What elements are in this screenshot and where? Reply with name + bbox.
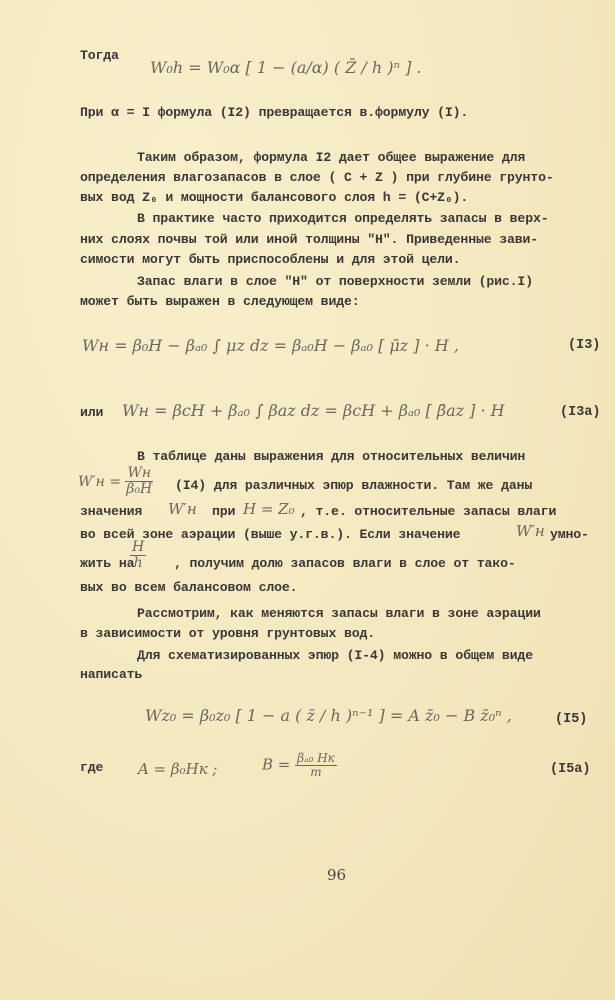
text-line: может быть выражен в следующем виде: xyxy=(80,294,360,309)
equation-number-13: (I3) xyxy=(568,338,600,353)
equation-number-13a: (I3a) xyxy=(560,405,601,420)
text-line: Таким образом, формула I2 дает общее выр… xyxy=(137,150,525,165)
text-line: вых вод Z₀ и мощности балансового слоя h… xyxy=(80,190,468,205)
text-line: в зависимости от уровня грунтовых вод. xyxy=(80,626,375,641)
text-line: или xyxy=(80,405,103,420)
text-line: Тогда xyxy=(80,48,119,63)
text-line: При α = I формула (I2) превращается в.фо… xyxy=(80,105,468,120)
text-line: В практике часто приходится определять з… xyxy=(137,211,548,226)
text-line: умно- xyxy=(550,527,589,542)
text-line: них слоях почвы той или иной толщины "H"… xyxy=(80,232,538,247)
page-number: 96 xyxy=(327,866,346,884)
text-line: Рассмотрим, как меняются запасы влаги в … xyxy=(137,606,541,621)
h-over-h-fraction: Hh xyxy=(130,540,146,572)
text-line: В таблице даны выражения для относительн… xyxy=(137,449,525,464)
text-line: где xyxy=(80,760,103,775)
equation-15a-A: A = β₀Hк ; xyxy=(138,760,217,778)
text-line: симости могут быть приспособлены и для э… xyxy=(80,252,460,267)
equation-15a-B: B = βₐ₀ Hкm xyxy=(262,752,337,779)
w-prime: W′н xyxy=(516,522,545,540)
equation-13a: Wн = βcH + βₐ₀ ∫ βaz dz = βcH + βₐ₀ [ β̄… xyxy=(122,401,505,420)
text-line: вых во всем балансовом слое. xyxy=(80,580,297,595)
equation-number-15a: (I5a) xyxy=(550,762,591,777)
equation-number-15: (I5) xyxy=(555,712,587,727)
equation-14: W′н = Wнβ₀H xyxy=(78,466,153,498)
equation-12-tail: W₀h = W₀α [ 1 − (a/α) ( Z̄ / h )ⁿ ] . xyxy=(150,58,422,77)
text-line: написать xyxy=(80,667,142,682)
eq14-fraction: Wнβ₀H xyxy=(125,466,153,498)
text-line: , т.е. относительные запасы влаги xyxy=(300,504,556,519)
w-prime: W′н xyxy=(168,500,197,518)
text-line: определения влагозапасов в слое ( C + Z … xyxy=(80,170,554,185)
text-line: значения xyxy=(80,504,142,519)
text-line: , получим долю запасов влаги в слое от т… xyxy=(174,556,516,571)
text-line: при xyxy=(212,504,235,519)
equation-13: Wн = β₀H − βₐ₀ ∫ μz dz = βₐ₀H − βₐ₀ [ μ̄… xyxy=(82,336,459,355)
document-page: Тогда W₀h = W₀α [ 1 − (a/α) ( Z̄ / h )ⁿ … xyxy=(0,0,615,1000)
text-line: Запас влаги в слое "H" от поверхности зе… xyxy=(137,274,533,289)
text-line: жить на xyxy=(80,556,134,571)
h-equals-z0: H = Z₀ xyxy=(243,500,295,518)
text-line: Для схематизированных эпюр (I-4) можно в… xyxy=(137,648,533,663)
equation-15: Wz₀ = β₀z₀ [ 1 − a ( z̄ / h )ⁿ⁻¹ ] = A z… xyxy=(145,706,512,725)
eq14-lhs: W′н = xyxy=(78,474,121,490)
text-line: (I4) для различных эпюр влажности. Там ж… xyxy=(175,478,532,493)
